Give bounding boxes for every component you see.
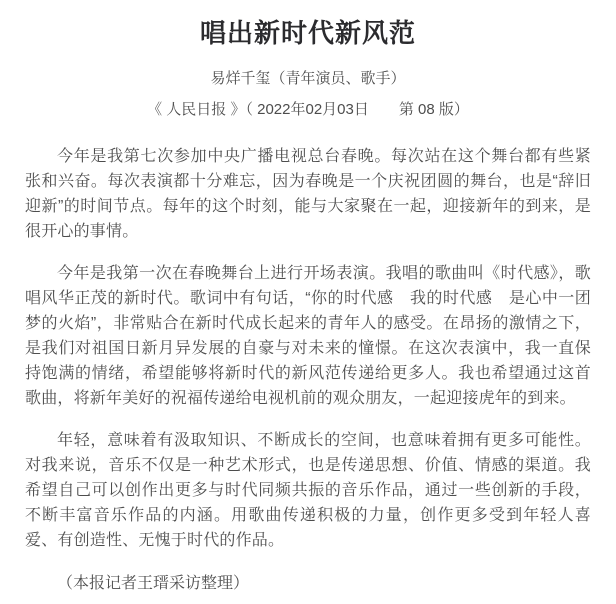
article-page: 唱出新时代新风范 易烊千玺（青年演员、歌手） 《 人民日报 》（ 2022年02… — [0, 0, 616, 604]
article-title: 唱出新时代新风范 — [25, 18, 591, 48]
article-byline: 易烊千玺（青年演员、歌手） — [25, 69, 591, 88]
article-footer-note: （本报记者王瑨采访整理） — [25, 571, 591, 596]
article-source: 《 人民日报 》（ 2022年02月03日 第 08 版） — [25, 100, 591, 119]
article-body: 今年是我第七次参加中央广播电视总台春晚。每次站在这个舞台都有些紧张和兴奋。每次表… — [25, 144, 591, 553]
article-paragraph: 今年是我第七次参加中央广播电视总台春晚。每次站在这个舞台都有些紧张和兴奋。每次表… — [25, 144, 591, 244]
article-paragraph: 年轻，意味着有汲取知识、不断成长的空间，也意味着拥有更多可能性。对我来说，音乐不… — [25, 428, 591, 553]
article-paragraph: 今年是我第一次在春晚舞台上进行开场表演。我唱的歌曲叫《时代感》，歌唱风华正茂的新… — [25, 261, 591, 411]
